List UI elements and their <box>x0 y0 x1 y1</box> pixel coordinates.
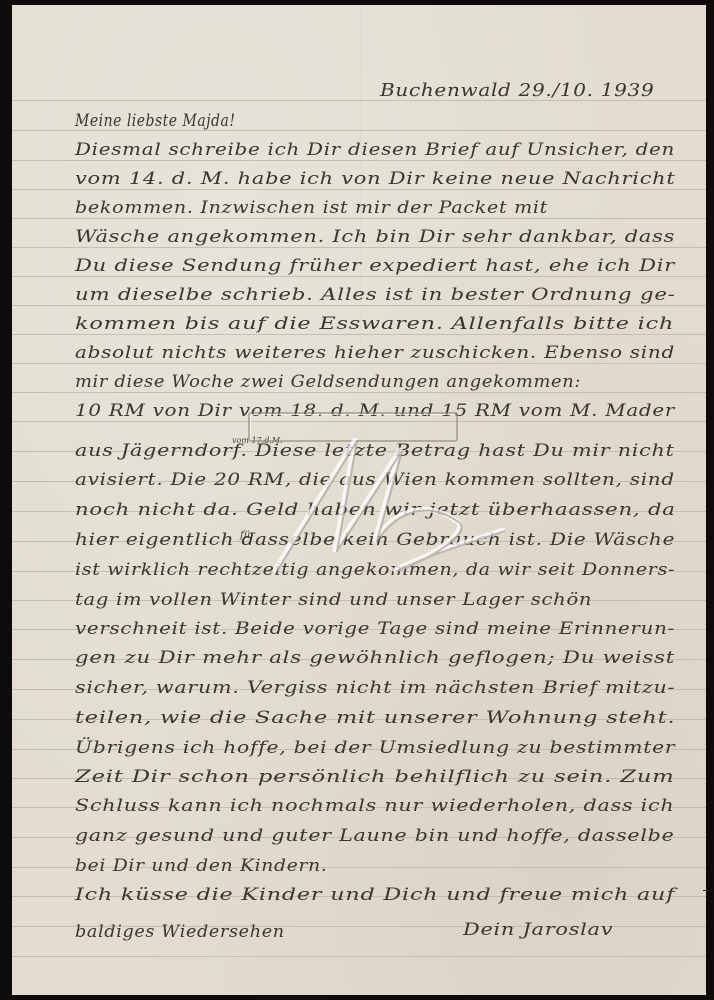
body-line: tag im vollen Winter sind und unser Lage… <box>75 590 592 609</box>
body-line: Übrigens ich hoffe, bei der Umsiedlung z… <box>75 738 675 757</box>
body-line: bekommen. Inzwischen ist mir der Packet … <box>75 198 548 217</box>
ruled-line <box>12 189 706 190</box>
salutation: Meine liebste Majda! <box>75 111 235 130</box>
body-line: kommen bis auf die Esswaren. Allenfalls … <box>75 314 674 333</box>
ruled-line <box>12 392 706 393</box>
place-date: Buchenwald 29./10. 1939 <box>380 80 654 101</box>
ruled-line <box>12 305 706 306</box>
ruled-line <box>12 160 706 161</box>
body-line: ganz gesund und guter Laune bin und hoff… <box>75 826 675 845</box>
body-line: gen zu Dir mehr als gewöhnlich geflogen;… <box>75 648 675 667</box>
body-line: absolut nichts weiteres hieher zuschicke… <box>75 343 675 362</box>
embossed-censor-signature <box>225 430 505 580</box>
ruled-line <box>12 247 706 248</box>
body-line: Zeit Dir schon persönlich behilflich zu … <box>75 767 675 786</box>
body-line: bei Dir und den Kindern. <box>75 856 328 875</box>
ruled-line <box>12 363 706 364</box>
body-line: Du diese Sendung früher expediert hast, … <box>75 256 675 275</box>
body-line: vom 14. d. M. habe ich von Dir keine neu… <box>75 169 676 188</box>
body-line: verschneit ist. Beide vorige Tage sind m… <box>75 619 675 638</box>
ruled-line <box>12 130 706 131</box>
body-line: sicher, warum. Vergiss nicht im nächsten… <box>75 678 675 697</box>
body-line: Wäsche angekommen. Ich bin Dir sehr dank… <box>75 227 675 246</box>
ruled-line <box>12 334 706 335</box>
ruled-line <box>12 218 706 219</box>
body-line: um dieselbe schrieb. Alles ist in bester… <box>75 285 676 304</box>
body-line: Ich küsse die Kinder und Dich und freue … <box>75 885 675 904</box>
closing-signature: Dein Jaroslav <box>463 920 613 939</box>
edge-mark <box>703 890 709 891</box>
body-line: Schluss kann ich nochmals nur wiederhole… <box>75 796 674 815</box>
body-line: teilen, wie die Sache mit unserer Wohnun… <box>75 708 675 727</box>
ruled-line <box>12 956 706 957</box>
ruled-line <box>12 276 706 277</box>
body-line: Diesmal schreibe ich Dir diesen Brief au… <box>75 140 675 159</box>
body-line: baldiges Wiedersehen <box>75 922 285 941</box>
body-line: mir diese Woche zwei Geldsendungen angek… <box>75 372 581 391</box>
